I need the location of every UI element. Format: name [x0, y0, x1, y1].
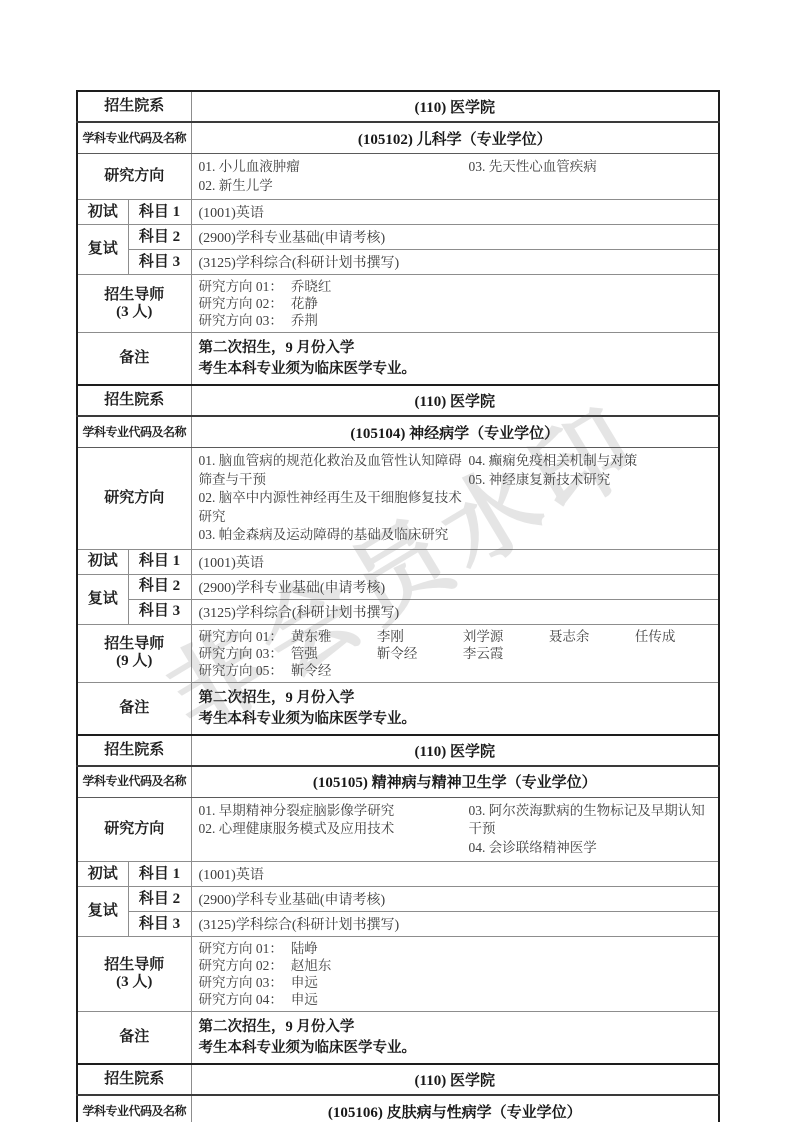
mentor-count: (3 人) [79, 974, 190, 991]
direction-item: 02. 脑卒中内源性神经再生及干细胞修复技术研究 [199, 489, 465, 526]
dept-value: (110) 医学院 [191, 1064, 719, 1095]
mentor-name: 管强 [291, 645, 377, 662]
note-lines: 第二次招生，9 月份入学考生本科专业须为临床医学专业。 [191, 333, 719, 386]
mentor-row: 研究方向 03：乔荆 [199, 312, 712, 329]
directions-columns: 01. 小儿血液肿瘤02. 新生儿学 03. 先天性心血管疾病 [199, 156, 712, 197]
subject3-value: (3125)学科综合(科研计划书撰写) [191, 250, 719, 275]
subject1-value: (1001)英语 [191, 862, 719, 887]
mentor-direction-label: 研究方向 02： [199, 958, 283, 973]
dept-label: 招生院系 [77, 735, 191, 766]
directions-label: 研究方向 [77, 797, 191, 862]
first-exam-row: 初试 科目 1 (1001)英语 [77, 862, 719, 887]
directions-cell: 01. 脑血管病的规范化救治及血管性认知障碍筛查与干预02. 脑卒中内源性神经再… [191, 448, 719, 550]
mentor-row: 研究方向 05：靳令经 [199, 662, 712, 679]
subject2-value: (2900)学科专业基础(申请考核) [191, 225, 719, 250]
mentor-name: 李云霞 [463, 645, 549, 662]
mentor-direction-label: 研究方向 01： [199, 629, 283, 644]
note-row: 备注 第二次招生，9 月份入学考生本科专业须为临床医学专业。 [77, 333, 719, 386]
note-line: 考生本科专业须为临床医学专业。 [199, 1038, 712, 1058]
note-line: 考生本科专业须为临床医学专业。 [199, 709, 712, 729]
mentor-direction-label: 研究方向 01： [199, 941, 283, 956]
directions-left-column: 01. 小儿血液肿瘤02. 新生儿学 [199, 158, 465, 195]
direction-item: 01. 早期精神分裂症脑影像学研究 [199, 802, 465, 821]
direction-item: 02. 新生儿学 [199, 177, 465, 196]
directions-left-column: 01. 脑血管病的规范化救治及血管性认知障碍筛查与干预02. 脑卒中内源性神经再… [199, 452, 465, 545]
mentor-name: 花静 [291, 295, 377, 312]
mentors-row: 招生导师 (3 人) 研究方向 01：陆峥研究方向 02：赵旭东研究方向 03：… [77, 937, 719, 1012]
direction-item: 01. 小儿血液肿瘤 [199, 158, 465, 177]
mentor-name: 乔晓红 [291, 278, 377, 295]
second-exam-row-a: 复试 科目 2 (2900)学科专业基础(申请考核) [77, 887, 719, 912]
dept-label: 招生院系 [77, 1064, 191, 1095]
directions-label: 研究方向 [77, 448, 191, 550]
directions-columns: 01. 早期精神分裂症脑影像学研究02. 心理健康服务模式及应用技术 03. 阿… [199, 800, 712, 860]
mentors-row: 招生导师 (9 人) 研究方向 01：黄东雅李刚刘学源聂志余任传成赵延欣研究方向… [77, 624, 719, 682]
mentor-list: 研究方向 01：陆峥研究方向 02：赵旭东研究方向 03：申远研究方向 04：申… [191, 937, 719, 1012]
note-label: 备注 [77, 333, 191, 386]
subject1-value: (1001)英语 [191, 549, 719, 574]
dept-row: 招生院系 (110) 医学院 [77, 735, 719, 766]
second-exam-row-a: 复试 科目 2 (2900)学科专业基础(申请考核) [77, 574, 719, 599]
subject2-value: (2900)学科专业基础(申请考核) [191, 887, 719, 912]
direction-item: 05. 神经康复新技术研究 [469, 471, 712, 490]
admissions-tables: 招生院系 (110) 医学院 学科专业代码及名称 (105102) 儿科学（专业… [76, 90, 718, 1122]
major-value: (105106) 皮肤病与性病学（专业学位） [191, 1095, 719, 1122]
directions-right-column: 03. 先天性心血管疾病 [469, 158, 712, 195]
major-value: (105102) 儿科学（专业学位） [191, 122, 719, 154]
first-exam-label: 初试 [77, 862, 128, 887]
major-value: (105105) 精神病与精神卫生学（专业学位） [191, 766, 719, 798]
major-row: 学科专业代码及名称 (105105) 精神病与精神卫生学（专业学位） [77, 766, 719, 798]
mentors-label: 招生导师 [79, 957, 190, 974]
mentor-row: 研究方向 01：黄东雅李刚刘学源聂志余任传成赵延欣 [199, 628, 712, 645]
major-label: 学科专业代码及名称 [77, 766, 191, 798]
note-row: 备注 第二次招生，9 月份入学考生本科专业须为临床医学专业。 [77, 1012, 719, 1065]
note-lines: 第二次招生，9 月份入学考生本科专业须为临床医学专业。 [191, 1012, 719, 1065]
directions-cell: 01. 早期精神分裂症脑影像学研究02. 心理健康服务模式及应用技术 03. 阿… [191, 797, 719, 862]
direction-item: 03. 先天性心血管疾病 [469, 158, 712, 177]
subject1-label: 科目 1 [128, 200, 191, 225]
mentors-label-cell: 招生导师 (3 人) [77, 937, 191, 1012]
mentor-name: 李刚 [377, 628, 463, 645]
mentor-name: 聂志余 [549, 628, 635, 645]
mentor-name: 乔荆 [291, 312, 377, 329]
mentor-row: 研究方向 01：乔晓红 [199, 278, 712, 295]
second-exam-label: 复试 [77, 225, 128, 275]
subject3-value: (3125)学科综合(科研计划书撰写) [191, 912, 719, 937]
mentors-label-cell: 招生导师 (9 人) [77, 624, 191, 682]
second-exam-label: 复试 [77, 887, 128, 937]
document-page: 非会员水印 招生院系 (110) 医学院 学科专业代码及名称 (105102) … [0, 0, 793, 1122]
directions-left-column: 01. 早期精神分裂症脑影像学研究02. 心理健康服务模式及应用技术 [199, 802, 465, 858]
mentors-row: 招生导师 (3 人) 研究方向 01：乔晓红研究方向 02：花静研究方向 03：… [77, 275, 719, 333]
second-exam-label: 复试 [77, 574, 128, 624]
subject2-value: (2900)学科专业基础(申请考核) [191, 574, 719, 599]
note-line: 考生本科专业须为临床医学专业。 [199, 359, 712, 379]
section-table: 招生院系 (110) 医学院 学科专业代码及名称 (105106) 皮肤病与性病… [76, 1063, 720, 1122]
subject3-label: 科目 3 [128, 599, 191, 624]
second-exam-row-b: 科目 3 (3125)学科综合(科研计划书撰写) [77, 599, 719, 624]
directions-right-column: 03. 阿尔茨海默病的生物标记及早期认知干预04. 会诊联络精神医学 [469, 802, 712, 858]
major-value: (105104) 神经病学（专业学位） [191, 416, 719, 448]
second-exam-row-a: 复试 科目 2 (2900)学科专业基础(申请考核) [77, 225, 719, 250]
direction-item: 04. 癫痫免疫相关机制与对策 [469, 452, 712, 471]
subject1-label: 科目 1 [128, 549, 191, 574]
dept-row: 招生院系 (110) 医学院 [77, 385, 719, 416]
note-line: 第二次招生，9 月份入学 [199, 688, 712, 708]
mentor-name: 申远 [291, 974, 377, 991]
first-exam-row: 初试 科目 1 (1001)英语 [77, 200, 719, 225]
mentor-row: 研究方向 03：管强靳令经李云霞 [199, 645, 712, 662]
mentor-name: 赵旭东 [291, 957, 377, 974]
subject3-value: (3125)学科综合(科研计划书撰写) [191, 599, 719, 624]
note-label: 备注 [77, 682, 191, 735]
second-exam-row-b: 科目 3 (3125)学科综合(科研计划书撰写) [77, 250, 719, 275]
subject3-label: 科目 3 [128, 250, 191, 275]
mentors-label: 招生导师 [79, 636, 190, 653]
note-lines: 第二次招生，9 月份入学考生本科专业须为临床医学专业。 [191, 682, 719, 735]
mentor-direction-label: 研究方向 03： [199, 646, 283, 661]
dept-row: 招生院系 (110) 医学院 [77, 1064, 719, 1095]
major-label: 学科专业代码及名称 [77, 1095, 191, 1122]
subject2-label: 科目 2 [128, 887, 191, 912]
direction-item: 03. 阿尔茨海默病的生物标记及早期认知干预 [469, 802, 712, 839]
mentors-label-cell: 招生导师 (3 人) [77, 275, 191, 333]
major-label: 学科专业代码及名称 [77, 122, 191, 154]
subject1-label: 科目 1 [128, 862, 191, 887]
dept-row: 招生院系 (110) 医学院 [77, 91, 719, 122]
note-row: 备注 第二次招生，9 月份入学考生本科专业须为临床医学专业。 [77, 682, 719, 735]
note-label: 备注 [77, 1012, 191, 1065]
mentor-row: 研究方向 01：陆峥 [199, 940, 712, 957]
dept-value: (110) 医学院 [191, 735, 719, 766]
mentor-count: (3 人) [79, 304, 190, 321]
subject1-value: (1001)英语 [191, 200, 719, 225]
subject2-label: 科目 2 [128, 225, 191, 250]
mentor-name: 靳令经 [291, 662, 377, 679]
note-line: 第二次招生，9 月份入学 [199, 1017, 712, 1037]
subject2-label: 科目 2 [128, 574, 191, 599]
section-table: 招生院系 (110) 医学院 学科专业代码及名称 (105102) 儿科学（专业… [76, 90, 720, 386]
directions-row: 研究方向 01. 脑血管病的规范化救治及血管性认知障碍筛查与干预02. 脑卒中内… [77, 448, 719, 550]
major-row: 学科专业代码及名称 (105106) 皮肤病与性病学（专业学位） [77, 1095, 719, 1122]
mentor-count: (9 人) [79, 653, 190, 670]
mentor-name: 刘学源 [463, 628, 549, 645]
directions-right-column: 04. 癫痫免疫相关机制与对策05. 神经康复新技术研究 [469, 452, 712, 545]
mentor-list: 研究方向 01：黄东雅李刚刘学源聂志余任传成赵延欣研究方向 03：管强靳令经李云… [191, 624, 719, 682]
note-line: 第二次招生，9 月份入学 [199, 338, 712, 358]
major-label: 学科专业代码及名称 [77, 416, 191, 448]
directions-columns: 01. 脑血管病的规范化救治及血管性认知障碍筛查与干预02. 脑卒中内源性神经再… [199, 450, 712, 547]
section-table: 招生院系 (110) 医学院 学科专业代码及名称 (105105) 精神病与精神… [76, 734, 720, 1066]
mentor-name: 申远 [291, 991, 377, 1008]
mentor-name: 靳令经 [377, 645, 463, 662]
directions-row: 研究方向 01. 早期精神分裂症脑影像学研究02. 心理健康服务模式及应用技术 … [77, 797, 719, 862]
first-exam-label: 初试 [77, 200, 128, 225]
direction-item: 03. 帕金森病及运动障碍的基础及临床研究 [199, 526, 465, 545]
directions-cell: 01. 小儿血液肿瘤02. 新生儿学 03. 先天性心血管疾病 [191, 154, 719, 200]
dept-value: (110) 医学院 [191, 385, 719, 416]
mentor-list: 研究方向 01：乔晓红研究方向 02：花静研究方向 03：乔荆 [191, 275, 719, 333]
mentor-direction-label: 研究方向 02： [199, 296, 283, 311]
subject3-label: 科目 3 [128, 912, 191, 937]
section-table: 招生院系 (110) 医学院 学科专业代码及名称 (105104) 神经病学（专… [76, 384, 720, 736]
directions-label: 研究方向 [77, 154, 191, 200]
mentors-label: 招生导师 [79, 287, 190, 304]
mentor-name: 黄东雅 [291, 628, 377, 645]
first-exam-row: 初试 科目 1 (1001)英语 [77, 549, 719, 574]
first-exam-label: 初试 [77, 549, 128, 574]
dept-value: (110) 医学院 [191, 91, 719, 122]
dept-label: 招生院系 [77, 91, 191, 122]
major-row: 学科专业代码及名称 (105102) 儿科学（专业学位） [77, 122, 719, 154]
mentor-row: 研究方向 03：申远 [199, 974, 712, 991]
second-exam-row-b: 科目 3 (3125)学科综合(科研计划书撰写) [77, 912, 719, 937]
directions-row: 研究方向 01. 小儿血液肿瘤02. 新生儿学 03. 先天性心血管疾病 [77, 154, 719, 200]
mentor-direction-label: 研究方向 05： [199, 663, 283, 678]
major-row: 学科专业代码及名称 (105104) 神经病学（专业学位） [77, 416, 719, 448]
mentor-row: 研究方向 02：赵旭东 [199, 957, 712, 974]
direction-item: 04. 会诊联络精神医学 [469, 839, 712, 858]
mentor-direction-label: 研究方向 03： [199, 975, 283, 990]
mentor-row: 研究方向 04：申远 [199, 991, 712, 1008]
mentor-direction-label: 研究方向 04： [199, 992, 283, 1007]
mentor-direction-label: 研究方向 01： [199, 279, 283, 294]
direction-item: 01. 脑血管病的规范化救治及血管性认知障碍筛查与干预 [199, 452, 465, 489]
dept-label: 招生院系 [77, 385, 191, 416]
mentor-name: 任传成 [635, 628, 719, 645]
mentor-row: 研究方向 02：花静 [199, 295, 712, 312]
mentor-name: 陆峥 [291, 940, 377, 957]
direction-item: 02. 心理健康服务模式及应用技术 [199, 820, 465, 839]
mentor-direction-label: 研究方向 03： [199, 313, 283, 328]
